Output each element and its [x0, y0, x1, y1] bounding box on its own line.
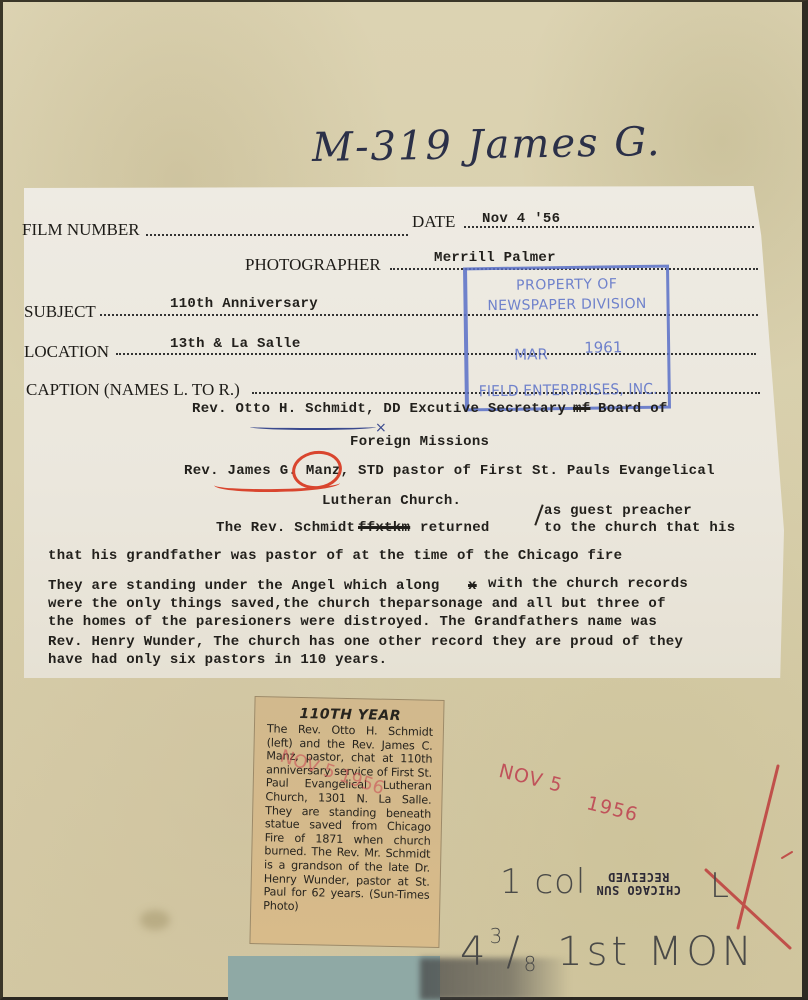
- caption-line-grandfather: that his grandfather was pastor of at th…: [48, 548, 622, 564]
- film-number-label: FILM NUMBER: [22, 220, 140, 240]
- photographer-value: Merrill Palmer: [434, 250, 556, 266]
- stamp-year: 1961: [584, 338, 622, 357]
- caption-line-destroyed: the homes of the paresioners were distro…: [48, 614, 657, 630]
- inserted-guest-preacher: as guest preacher: [544, 503, 692, 519]
- date-label: DATE: [412, 212, 455, 232]
- blue-underline-schmidt: [250, 424, 376, 430]
- date-value: Nov 4 '56: [482, 211, 560, 227]
- caption-line-records: with the church records: [488, 576, 688, 592]
- caption-line-rev-schmidt: The Rev. Schmidt: [216, 520, 355, 536]
- pencil-note-column: 1 col: [500, 862, 586, 902]
- graphite-smudge: [420, 958, 570, 1000]
- subject-value: 110th Anniversary: [170, 296, 318, 312]
- caption-line-angel: They are standing under the Angel which …: [48, 578, 440, 594]
- caption-label: CAPTION (NAMES L. TO R.): [26, 380, 240, 400]
- caption-line-schmidt: Rev. Otto H. Schmidt, DD Excutive Secret…: [192, 401, 566, 417]
- blue-x-mark: ×: [375, 420, 387, 436]
- film-number-leader: [146, 234, 408, 236]
- struck-x: x: [468, 578, 477, 594]
- caption-line-wunder: Rev. Henry Wunder, The church has one ot…: [48, 634, 683, 650]
- pencil-run-date: 1st MON: [557, 929, 756, 975]
- location-label: LOCATION: [24, 342, 109, 362]
- struck-word: ffxtkm: [358, 520, 410, 536]
- chicago-sun-received-stamp: CHICAGO SUN RECEIVED: [596, 870, 681, 896]
- pencil-mark-l: L: [710, 866, 729, 906]
- caption-word-returned: returned: [420, 520, 490, 536]
- caption-line-saved: were the only things saved,the church th…: [48, 596, 666, 612]
- caption-line-to-church: to the church that his: [544, 520, 735, 536]
- property-stamp: PROPERTY OF NEWSPAPER DIVISION MAR 1961 …: [463, 265, 671, 412]
- newspaper-clipping: 110TH YEAR The Rev. Otto H. Schmidt (lef…: [249, 696, 444, 948]
- stamp-line-newspaper-division: NEWSPAPER DIVISION: [467, 296, 666, 315]
- received-stamp-line1: CHICAGO SUN: [596, 883, 681, 896]
- stamp-month: MAR: [514, 345, 548, 363]
- caption-line-schmidt-end: Board of: [598, 401, 668, 417]
- teal-tape-strip: [228, 956, 440, 1000]
- caption-line-missions: Foreign Missions: [350, 434, 489, 450]
- location-value: 13th & La Salle: [170, 336, 301, 352]
- handwritten-file-label: M-319 James G.: [312, 119, 662, 171]
- subject-label: SUBJECT: [24, 302, 96, 322]
- stamp-line-property-of: PROPERTY OF: [467, 276, 666, 295]
- struck-text: mf: [573, 401, 590, 417]
- pencil-numerator: 3: [489, 924, 506, 948]
- caption-line-pastors: have had only six pastors in 110 years.: [48, 652, 387, 668]
- stamp-line-field-enterprises: FIELD ENTERPRISES, INC.: [477, 380, 660, 401]
- stain: [140, 910, 170, 930]
- received-stamp-line2: RECEIVED: [596, 870, 681, 883]
- caption-line-church: Lutheran Church.: [322, 493, 461, 509]
- photographer-label: PHOTOGRAPHER: [245, 255, 381, 275]
